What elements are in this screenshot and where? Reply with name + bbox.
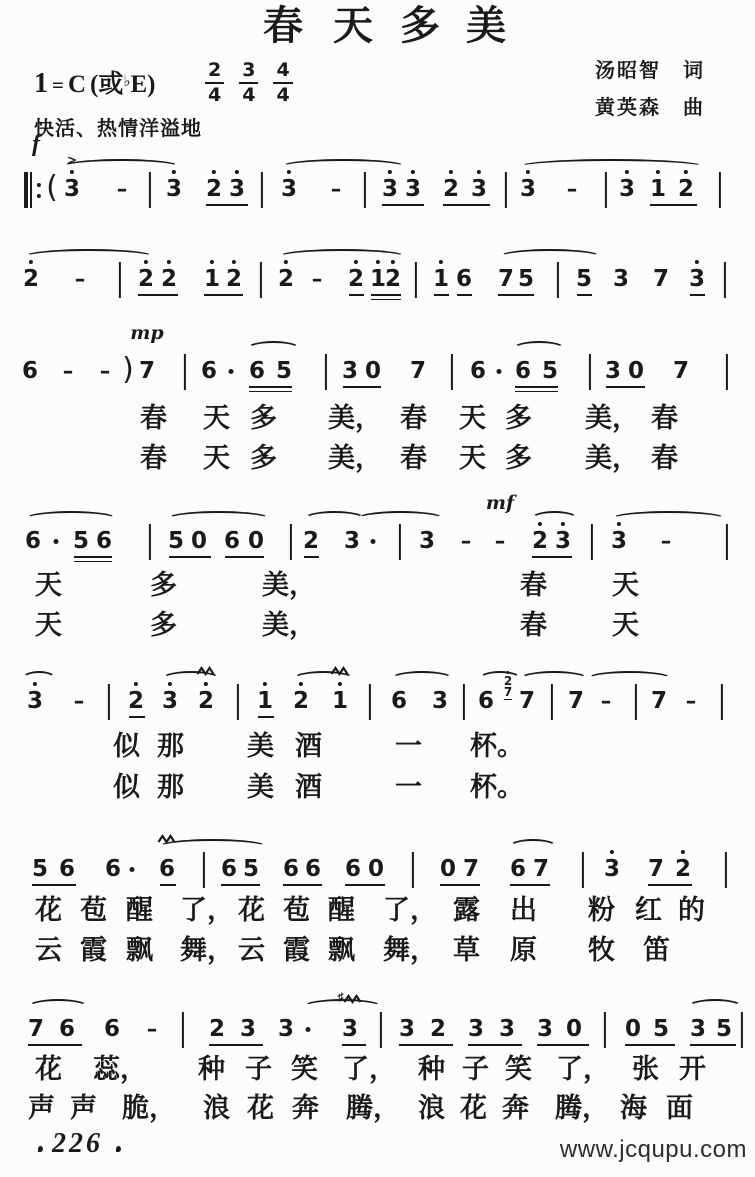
lyric-char: 红 [635,897,662,924]
note: 2 [278,268,294,291]
lyric-char: 多 [505,445,532,472]
octave-dot [144,260,148,264]
lyric-char: 花 [460,1095,487,1122]
lyric-char: 那 [157,774,184,801]
note: 6 [59,858,75,881]
beam-underline [457,294,472,296]
lyric-char: 笛 [643,937,670,964]
rest-note: 0 [248,530,264,553]
note: 5 [276,360,292,383]
lyric-char: 舞， [383,937,437,964]
lyric-char: 牧 [588,937,615,964]
lyric-char: 似 [113,733,140,760]
octave-dot [411,170,415,174]
lyric-char: 原 [510,937,537,964]
beam-underline [129,716,145,718]
note: 6 [25,530,41,553]
note: 3 [382,178,398,201]
lyric-char: 多 [505,405,532,432]
barline [451,354,453,390]
note: 2 [198,690,214,713]
repeat-barline [24,172,28,208]
slur-arc [509,839,557,854]
lyric-char: 多 [250,445,277,472]
note: 6 [96,530,112,553]
octave-dot [232,260,236,264]
slur-arc [247,341,300,356]
dash-note: – [100,360,111,383]
lyric-char: 出 [510,897,537,924]
beam-underline [138,294,178,296]
slur-arc [357,511,444,526]
barline [725,852,727,888]
beam-underline [32,884,76,886]
beam-underline [204,294,243,296]
barline [182,1012,184,1048]
note: 5 [576,268,592,291]
lyric-char: 杯。 [470,733,524,760]
lyric-char: 苞 [283,897,310,924]
lyric-char: 酒 [295,733,322,760]
barline [364,172,366,208]
lyric-char: 腾， [555,1095,609,1122]
dash-note: – [75,268,86,291]
lyric-char: 似 [113,774,140,801]
lyric-char: 声 [70,1095,97,1122]
barline [261,172,263,208]
beam-underline [468,1044,522,1046]
note: 1 [332,690,348,713]
lyric-char: 声 [28,1095,55,1122]
lyric-char: 花 [247,1095,274,1122]
lyric-char: 天 [612,572,639,599]
dynamic-f: f [32,131,40,158]
lyric-char: 奔 [292,1095,319,1122]
note: 3 [432,690,448,713]
beam-underline [28,1044,82,1046]
lyric-char: 粉 [588,897,615,924]
lyric-char: 张 [632,1056,659,1083]
lyric-char: 天 [203,445,230,472]
page-title-char: 天 [333,6,373,46]
note: 7 [648,858,664,881]
parenthesis: ) [122,355,134,385]
note: 7 [651,690,667,713]
note: 3 [604,858,620,881]
beam-underline [160,884,176,886]
octave-dot [172,170,176,174]
slur-arc [611,511,726,526]
lyric-char: 美， [262,572,316,599]
barline [719,172,721,208]
note: 6 [221,858,237,881]
slur-arc [391,671,453,686]
barline [290,524,292,560]
page-title-char: 多 [400,6,440,46]
slur-arc [531,511,578,526]
dash-note: – [147,1018,158,1041]
lyric-char: 子 [462,1056,489,1083]
note: 3 [605,360,621,383]
barline [726,354,728,390]
octave-dot [263,682,267,686]
note: 1 [204,268,220,291]
slur-arc [513,341,565,356]
note: 1 [433,268,449,291]
beam-underline [648,884,692,886]
lyric-char: 天 [203,405,230,432]
barline [149,172,151,208]
barline [119,262,121,298]
beam-underline [304,556,319,558]
watermark: www.jcqupu.com [560,1136,747,1164]
beam-underline [515,391,558,393]
octave-dot [235,170,239,174]
lyric-char: 天 [35,572,62,599]
key-signature: 1=C(或♭E) [34,64,155,100]
repeat-barline [30,172,32,208]
note: 3 [240,1018,256,1041]
note: 7 [463,858,479,881]
tempo-marking: 快活、热情洋溢地 [34,112,202,141]
parenthesis: ( [46,173,58,203]
dash-note: – [495,530,506,553]
note: 3 [229,178,245,201]
slur-arc [587,671,672,686]
dash-note: – [74,690,85,713]
beam-underline [510,884,550,886]
lyric-char: 那 [157,733,184,760]
beam-underline [249,391,292,393]
note: 2 [209,1018,225,1041]
dynamic-mp: mp [130,324,163,343]
lyric-char: 蕊， [93,1056,147,1083]
beam-underline [371,294,401,296]
lyric-char: 美， [262,612,316,639]
note: 6 [159,858,175,881]
lyric-char: 春 [400,445,427,472]
lyric-char: 春 [400,405,427,432]
beam-underline [371,299,401,301]
slur-arc [519,159,704,174]
lyric-char: 天 [35,612,62,639]
note: 7 [139,360,155,383]
page-number-dot [38,1146,43,1152]
note: 5 [243,858,259,881]
lyric-char: 美， [328,405,382,432]
note: 5 [73,530,89,553]
barline [724,262,726,298]
key-alt-open: (或 [86,71,123,98]
slur-arc [479,671,521,686]
dash-note: – [686,690,697,713]
lyric-char: 花 [238,897,265,924]
note: 6 [305,858,321,881]
note: 2 [385,268,401,291]
lyric-char: 天 [612,612,639,639]
lyric-char: 美， [328,445,382,472]
note: 3 [342,1018,358,1041]
note: 6 [104,1018,120,1041]
lyric-char: 浪 [418,1095,445,1122]
lyric-char: 了， [180,897,234,924]
dash-note: – [567,178,578,201]
lyric-char: 醒 [328,897,355,924]
barline [108,684,110,720]
octave-dot [134,682,138,686]
beam-underline [258,716,274,718]
beam-underline [690,1044,736,1046]
beam-underline [577,294,592,296]
note: 5 [716,1018,732,1041]
lyric-char: 霞 [283,937,310,964]
note: 6 [22,360,38,383]
slur-arc [24,249,154,264]
barline [149,524,151,560]
note: 3 [278,1018,294,1041]
barline [604,1012,606,1048]
note: 3 [399,1018,415,1041]
note: 7 [533,858,549,881]
beam-underline [249,386,292,388]
repeat-dot [37,194,41,198]
dash-note: – [312,268,323,291]
beam-underline [515,386,558,388]
barline [589,354,591,390]
lyric-char: 种 [418,1056,445,1083]
note: 3 [520,178,536,201]
note: 2 [23,268,39,291]
slur-arc [520,671,588,686]
slur-arc [304,511,365,526]
composer-credit: 黄英森 曲 [595,91,705,120]
time-signatures: 243444 [205,60,308,106]
beam-underline [382,204,424,206]
note: 3 [468,1018,484,1041]
beam-underline [606,386,645,388]
note: 6 [515,360,531,383]
lyric-char: 花 [35,1056,62,1083]
beam-underline [206,204,248,206]
lyric-char: 脆， [122,1095,176,1122]
rest-note: 0 [566,1018,582,1041]
octave-dot [681,850,685,854]
lyric-char: 春 [140,405,167,432]
beam-underline [443,204,490,206]
beam-underline [399,1044,453,1046]
note: 3 [166,178,182,201]
note: 7 [410,360,426,383]
octave-dot [212,170,216,174]
time-signature: 34 [239,60,258,106]
lyric-char: 腾， [346,1095,400,1122]
lyric-char: 花 [35,897,62,924]
dash-note: – [63,360,74,383]
lyric-char: 美， [585,445,639,472]
note: 5 [518,268,534,291]
note: 3 [537,1018,553,1041]
lyric-char: 了， [342,1056,396,1083]
barline [369,684,371,720]
barline [726,524,728,560]
note: 6 [510,858,526,881]
slur-arc [281,159,406,174]
octave-dot [167,260,171,264]
beam-underline [434,294,449,296]
slur-arc [499,249,601,264]
lyric-char: 面 [666,1095,693,1122]
rest-note: 0 [628,360,644,383]
note: 3 [162,690,178,713]
page-number: 226 [52,1128,103,1160]
note: 6 [201,360,217,383]
duration-dot [54,539,59,544]
note: 5 [168,530,184,553]
slur-arc [28,999,88,1014]
rest-note: 0 [625,1018,641,1041]
page-title-char: 春 [263,6,303,46]
note: 7 [498,268,514,291]
octave-dot [610,850,614,854]
dash-note: – [461,530,472,553]
lyric-char: 醒 [126,897,153,924]
dash-note: – [117,178,128,201]
barline [721,684,723,720]
note: 2 [206,178,222,201]
note: 7 [673,360,689,383]
beam-underline [650,204,697,206]
sheet-music-page: 春 天 多 美 汤昭智 词 黄英森 曲 1=C(或♭E) 243444 快活、热… [0,0,755,1177]
slur-arc [293,671,354,686]
beam-underline [349,294,364,296]
lyricist-credit: 汤昭智 词 [595,54,705,83]
lyric-char: 多 [150,572,177,599]
slur-arc [158,839,267,854]
lyric-char: 了， [383,897,437,924]
rest-note: 0 [440,858,456,881]
lyric-char: 草 [453,937,480,964]
barline [591,524,593,560]
duration-dot [306,1027,311,1032]
beam-underline [343,386,381,388]
note: 3 [499,1018,515,1041]
duration-dot [229,369,234,374]
barline [203,852,205,888]
octave-dot [449,170,453,174]
rest-note: 0 [368,858,384,881]
lyric-char: 浪 [203,1095,230,1122]
lyric-char: 笑 [505,1056,532,1083]
beam-underline [209,1044,263,1046]
octave-dot [439,260,443,264]
time-signature: 24 [205,60,224,106]
beam-underline [225,556,264,558]
note: 6 [456,268,472,291]
note: 3 [613,268,629,291]
lyric-char: 海 [620,1095,647,1122]
barline [741,1012,743,1048]
note: 7 [519,690,535,713]
slur-arc [167,511,270,526]
beam-underline [690,294,705,296]
slur-arc [162,671,220,686]
lyric-char: 春 [651,445,678,472]
octave-dot [29,260,33,264]
lyric-char: 飘 [328,937,355,964]
note: 2 [303,530,319,553]
note: 6 [283,858,299,881]
lyric-char: 美 [247,774,274,801]
repeat-dot [37,183,41,187]
note: 7 [653,268,669,291]
note: 5 [653,1018,669,1041]
note: 2 [138,268,154,291]
note: 3 [690,1018,706,1041]
beam-underline [498,294,534,296]
barline [557,262,559,298]
time-signature: 44 [273,60,292,106]
beam-underline [537,1044,589,1046]
note: 2 [226,268,242,291]
key-alt-note: E [130,71,147,98]
note: 6 [224,530,240,553]
page-title-char: 美 [466,6,506,46]
beam-underline [342,1044,366,1046]
lyric-char: 美， [585,405,639,432]
lyric-char: 种 [198,1056,225,1083]
note: 3 [344,530,360,553]
note: 5 [32,858,48,881]
barline [551,684,553,720]
note: 7 [28,1018,44,1041]
note: 2 [430,1018,446,1041]
beam-underline [532,556,572,558]
barline [605,172,607,208]
octave-dot [695,260,699,264]
note: 7 [568,690,584,713]
lyric-char: 春 [651,405,678,432]
octave-dot [284,260,288,264]
note: 2 [161,268,177,291]
dynamic-mf: mf [486,494,514,513]
barline [325,354,327,390]
dash-note: – [601,690,612,713]
lyric-char: 奔 [502,1095,529,1122]
lyric-char: 了， [556,1056,610,1083]
rest-note: 0 [191,530,207,553]
key-equals: = [48,73,68,97]
rest-note: 0 [365,360,381,383]
lyric-char: 多 [250,405,277,432]
lyric-char: 酒 [295,774,322,801]
barline [399,524,401,560]
lyric-char: 苞 [80,897,107,924]
barline [412,852,414,888]
barline [260,262,262,298]
note: 3 [342,360,358,383]
beam-underline [74,561,112,563]
barline [237,684,239,720]
dash-note: – [331,178,342,201]
octave-dot [477,170,481,174]
lyric-char: 一 [395,774,422,801]
note: 1 [257,690,273,713]
lyric-char: 飘 [126,937,153,964]
note: 2 [348,268,364,291]
note: 3 [64,178,80,201]
lyric-char: 天 [459,405,486,432]
key-alt-close: ) [147,71,155,98]
